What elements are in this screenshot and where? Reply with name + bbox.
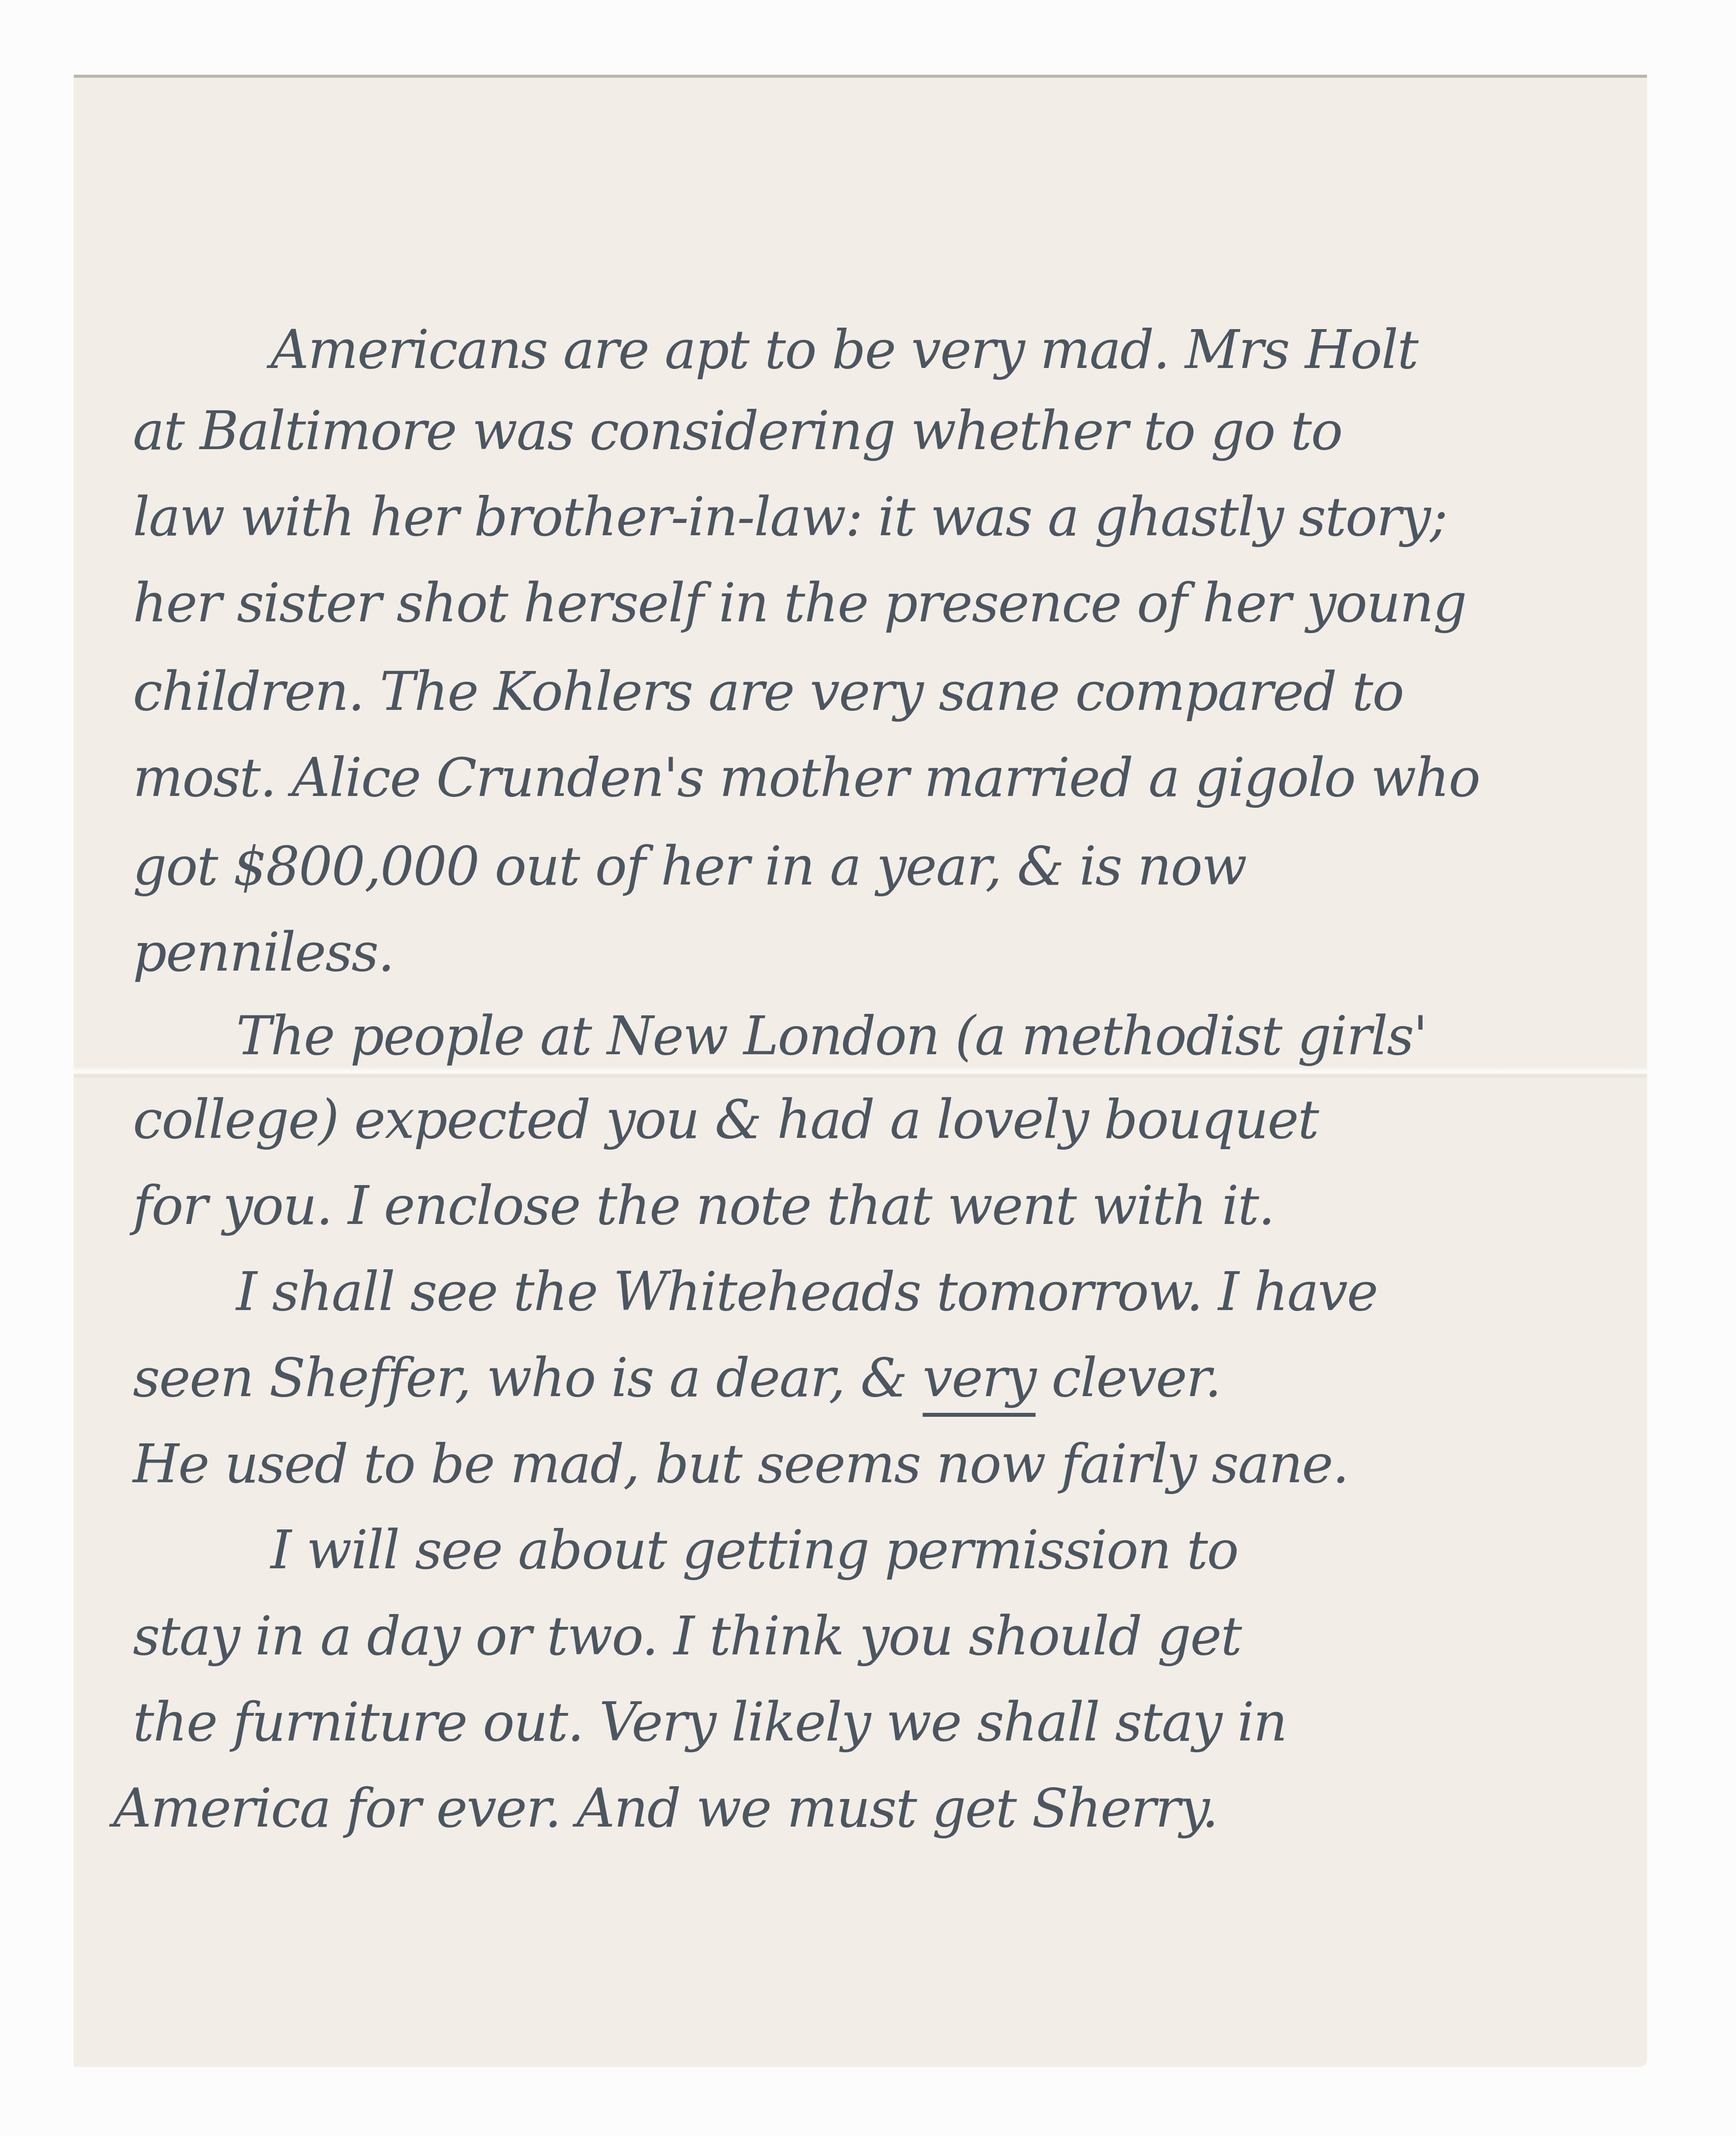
text-line-17: the furniture out. Very likely we shall …	[133, 1696, 1286, 1749]
text-line-3: law with her brother-in-law: it was a gh…	[133, 491, 1447, 544]
text-line-1: Americans are apt to be very mad. Mrs Ho…	[271, 324, 1418, 377]
text-line-5: children. The Kohlers are very sane comp…	[133, 666, 1403, 719]
text-line-18: America for ever. And we must get Sherry…	[113, 1782, 1218, 1835]
underlined-word: very	[923, 1347, 1036, 1409]
text-line-12: I shall see the Whiteheads tomorrow. I h…	[236, 1266, 1377, 1319]
text-line-16: stay in a day or two. I think you should…	[133, 1610, 1241, 1663]
text-line-15: I will see about getting permission to	[271, 1524, 1238, 1577]
text-segment: seen Sheffer, who is a dear, &	[133, 1347, 923, 1409]
text-line-9: The people at New London (a methodist gi…	[236, 1010, 1427, 1063]
text-line-2: at Baltimore was considering whether to …	[133, 405, 1342, 458]
text-segment: clever.	[1036, 1347, 1220, 1409]
letter-paper: Americans are apt to be very mad. Mrs Ho…	[74, 75, 1647, 2067]
text-line-8: penniless.	[133, 926, 394, 979]
fold-crease	[74, 1067, 1647, 1079]
text-line-4: her sister shot herself in the presence …	[133, 577, 1466, 630]
text-line-10: college) expected you & had a lovely bou…	[133, 1094, 1318, 1147]
text-line-6: most. Alice Crunden's mother married a g…	[133, 752, 1480, 805]
text-line-14: He used to be mad, but seems now fairly …	[133, 1438, 1348, 1491]
text-line-13: seen Sheffer, who is a dear, & very clev…	[133, 1352, 1220, 1405]
text-line-7: got $800,000 out of her in a year, & is …	[133, 840, 1246, 893]
text-line-11: for you. I enclose the note that went wi…	[133, 1180, 1274, 1233]
